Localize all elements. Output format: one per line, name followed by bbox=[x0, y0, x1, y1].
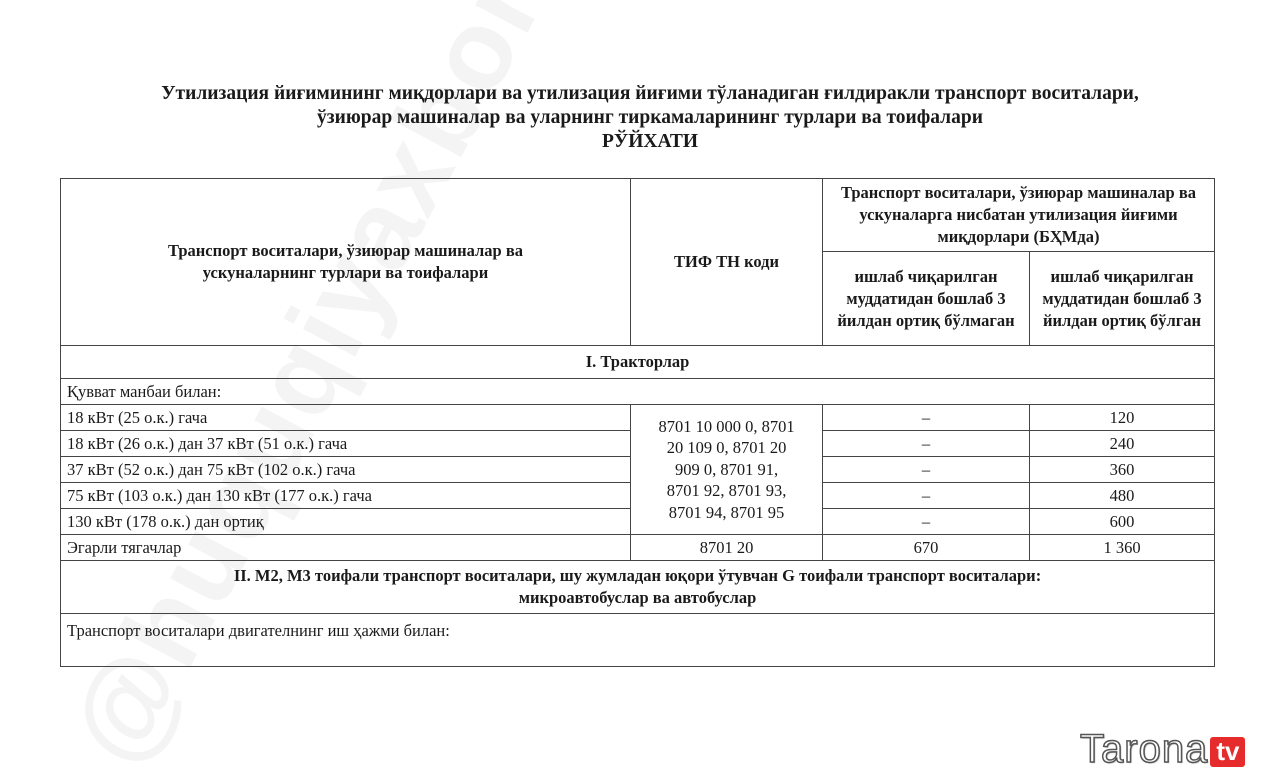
section-buses-title: II. M2, M3 тоифали транспорт воситалари,… bbox=[61, 561, 1215, 614]
tarona-tv-logo: Tarona tv bbox=[1080, 729, 1245, 769]
section-tractors-subheading: Қувват манбаи билан: bbox=[61, 379, 1215, 405]
document-title: Утилизация йиғимининг миқдорлари ва утил… bbox=[60, 82, 1240, 154]
fee-over-3: 360 bbox=[1030, 457, 1215, 483]
fee-table: Транспорт воситалари, ўзиюрар машиналар … bbox=[60, 178, 1215, 667]
row-label: 18 кВт (26 о.к.) дан 37 кВт (51 о.к.) га… bbox=[61, 431, 631, 457]
fee-under-3: – bbox=[823, 457, 1030, 483]
row-label: 130 кВт (178 о.к.) дан ортиқ bbox=[61, 509, 631, 535]
fee-under-3: 670 bbox=[823, 535, 1030, 561]
fee-over-3: 1 360 bbox=[1030, 535, 1215, 561]
fee-under-3: – bbox=[823, 483, 1030, 509]
header-fee-group: Транспорт воситалари, ўзиюрар машиналар … bbox=[823, 179, 1215, 252]
fee-over-3: 120 bbox=[1030, 405, 1215, 431]
title-line-3: РЎЙХАТИ bbox=[60, 130, 1240, 154]
title-line-2: ўзиюрар машиналар ва уларнинг тиркамалар… bbox=[60, 106, 1240, 130]
table-row: 18 кВт (25 о.к.) гача 8701 10 000 0, 870… bbox=[61, 405, 1215, 431]
logo-tv-badge: tv bbox=[1210, 737, 1245, 767]
fee-under-3: – bbox=[823, 431, 1030, 457]
tn-code: 8701 20 bbox=[631, 535, 823, 561]
section-tractors-title: I. Тракторлар bbox=[61, 346, 1215, 379]
fee-over-3: 240 bbox=[1030, 431, 1215, 457]
header-categories: Транспорт воситалари, ўзиюрар машиналар … bbox=[61, 179, 631, 346]
section-buses-subheading: Транспорт воситалари двигателнинг иш ҳаж… bbox=[61, 614, 1215, 667]
fee-over-3: 600 bbox=[1030, 509, 1215, 535]
table-row: Эгарли тягачлар 8701 20 670 1 360 bbox=[61, 535, 1215, 561]
row-label: 37 кВт (52 о.к.) дан 75 кВт (102 о.к.) г… bbox=[61, 457, 631, 483]
section-buses-title-line-1: II. M2, M3 тоифали транспорт воситалари,… bbox=[67, 565, 1208, 587]
fee-over-3: 480 bbox=[1030, 483, 1215, 509]
fee-under-3: – bbox=[823, 509, 1030, 535]
fee-under-3: – bbox=[823, 405, 1030, 431]
header-tn-code: ТИФ ТН коди bbox=[631, 179, 823, 346]
row-label: 75 кВт (103 о.к.) дан 130 кВт (177 о.к.)… bbox=[61, 483, 631, 509]
section-buses-title-line-2: микроавтобуслар ва автобуслар bbox=[67, 587, 1208, 609]
logo-text: Tarona bbox=[1080, 729, 1208, 769]
row-label: 18 кВт (25 о.к.) гача bbox=[61, 405, 631, 431]
header-over-3-years: ишлаб чиқарилган муддатидан бошлаб 3 йил… bbox=[1030, 252, 1215, 346]
row-label: Эгарли тягачлар bbox=[61, 535, 631, 561]
header-under-3-years: ишлаб чиқарилган муддатидан бошлаб 3 йил… bbox=[823, 252, 1030, 346]
shared-tn-code: 8701 10 000 0, 8701 20 109 0, 8701 20 90… bbox=[631, 405, 823, 535]
title-line-1: Утилизация йиғимининг миқдорлари ва утил… bbox=[60, 82, 1240, 106]
